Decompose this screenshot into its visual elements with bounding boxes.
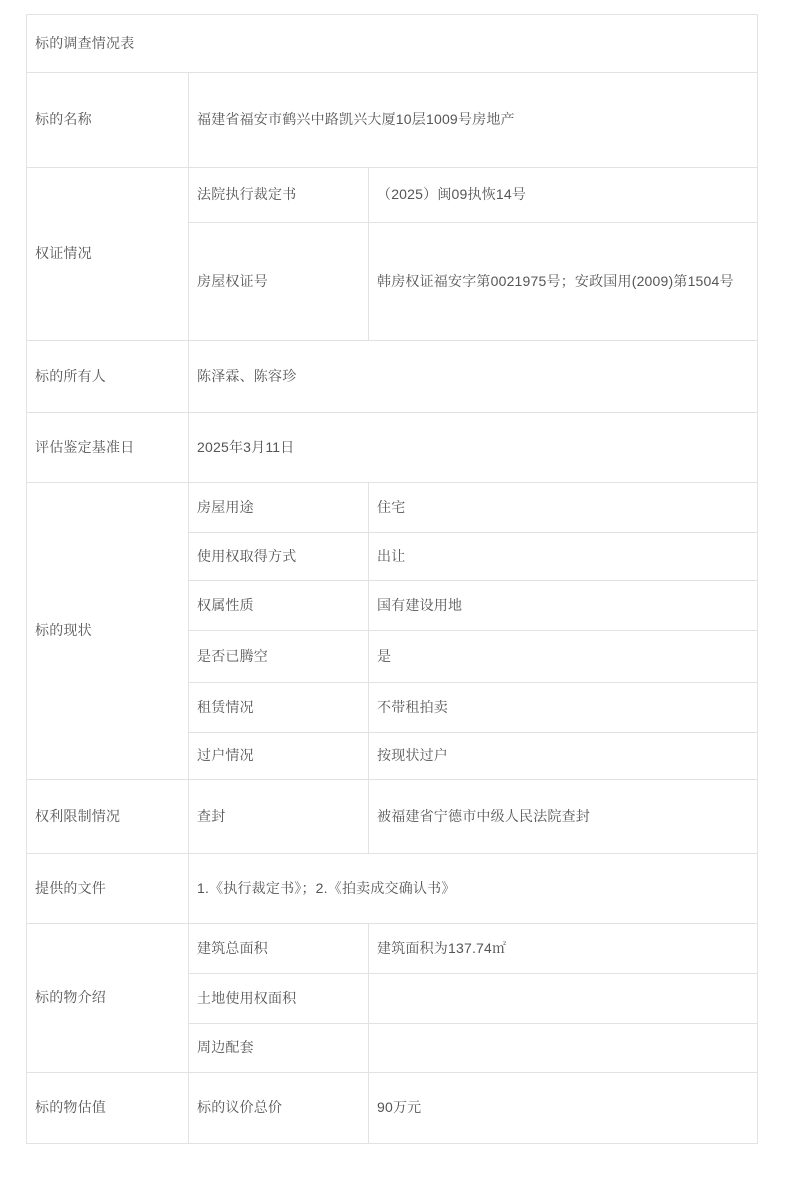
rights-restriction-value: 被福建省宁德市中级人民法院查封: [369, 780, 758, 854]
court-ruling-value: （2025）闽09执恢14号: [369, 168, 758, 223]
lease-status-value: 不带租拍卖: [369, 683, 758, 733]
subject-name-label: 标的名称: [27, 73, 189, 168]
building-area-label: 建筑总面积: [189, 924, 369, 974]
table-row: 标的所有人 陈泽霖、陈容珍: [27, 341, 758, 413]
negotiated-total-price-value: 90万元: [369, 1073, 758, 1144]
table-row: 标的现状 房屋用途 住宅: [27, 483, 758, 533]
land-use-area-value: [369, 974, 758, 1024]
table-title: 标的调查情况表: [27, 15, 758, 73]
rights-restriction-label: 权利限制情况: [27, 780, 189, 854]
house-certificate-label: 房屋权证号: [189, 223, 369, 341]
vacated-value: 是: [369, 631, 758, 683]
certificates-label: 权证情况: [27, 168, 189, 341]
provided-documents-value: 1.《执行裁定书》；2.《拍卖成交确认书》: [189, 854, 758, 924]
table-row: 标的调查情况表: [27, 15, 758, 73]
ownership-nature-value: 国有建设用地: [369, 581, 758, 631]
negotiated-total-price-label: 标的议价总价: [189, 1073, 369, 1144]
rights-restriction-type: 查封: [189, 780, 369, 854]
table-row: 评估鉴定基准日 2025年3月11日: [27, 413, 758, 483]
table-row: 标的名称 福建省福安市鹤兴中路凯兴大厦10层1009号房地产: [27, 73, 758, 168]
surrounding-facilities-label: 周边配套: [189, 1024, 369, 1073]
use-right-acquisition-label: 使用权取得方式: [189, 533, 369, 581]
subject-name-value: 福建省福安市鹤兴中路凯兴大厦10层1009号房地产: [189, 73, 758, 168]
ownership-nature-label: 权属性质: [189, 581, 369, 631]
provided-documents-label: 提供的文件: [27, 854, 189, 924]
vacated-label: 是否已腾空: [189, 631, 369, 683]
transfer-status-label: 过户情况: [189, 733, 369, 780]
table-row: 标的物估值 标的议价总价 90万元: [27, 1073, 758, 1144]
lease-status-label: 租赁情况: [189, 683, 369, 733]
house-use-label: 房屋用途: [189, 483, 369, 533]
house-use-value: 住宅: [369, 483, 758, 533]
subject-investigation-table: 标的调查情况表 标的名称 福建省福安市鹤兴中路凯兴大厦10层1009号房地产 权…: [26, 14, 758, 1144]
owner-value: 陈泽霖、陈容珍: [189, 341, 758, 413]
subject-introduction-label: 标的物介绍: [27, 924, 189, 1073]
surrounding-facilities-value: [369, 1024, 758, 1073]
appraisal-date-label: 评估鉴定基准日: [27, 413, 189, 483]
use-right-acquisition-value: 出让: [369, 533, 758, 581]
table-row: 标的物介绍 建筑总面积 建筑面积为137.74㎡: [27, 924, 758, 974]
table-row: 权证情况 法院执行裁定书 （2025）闽09执恢14号: [27, 168, 758, 223]
table-row: 提供的文件 1.《执行裁定书》；2.《拍卖成交确认书》: [27, 854, 758, 924]
owner-label: 标的所有人: [27, 341, 189, 413]
land-use-area-label: 土地使用权面积: [189, 974, 369, 1024]
transfer-status-value: 按现状过户: [369, 733, 758, 780]
appraisal-date-value: 2025年3月11日: [189, 413, 758, 483]
subject-valuation-label: 标的物估值: [27, 1073, 189, 1144]
house-certificate-value: 韩房权证福安字第0021975号；安政国用(2009)第1504号: [369, 223, 758, 341]
current-status-label: 标的现状: [27, 483, 189, 780]
table-row: 权利限制情况 查封 被福建省宁德市中级人民法院查封: [27, 780, 758, 854]
building-area-value: 建筑面积为137.74㎡: [369, 924, 758, 974]
court-ruling-label: 法院执行裁定书: [189, 168, 369, 223]
